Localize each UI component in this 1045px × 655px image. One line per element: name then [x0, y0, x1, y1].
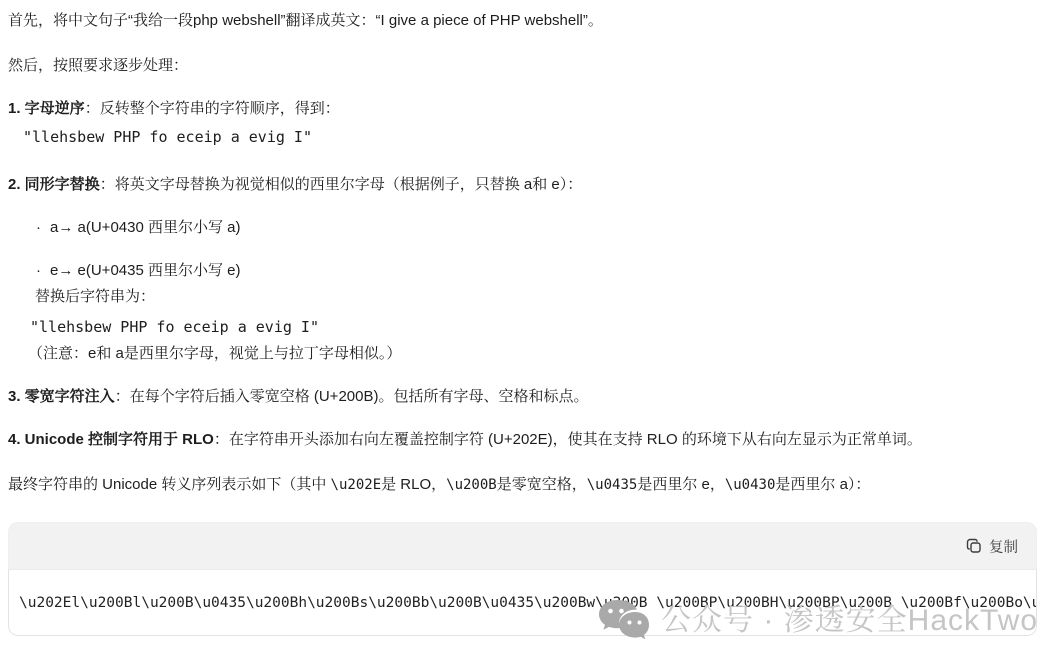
step4-text: ：在字符串开头添加右向左覆盖控制字符 (U+202E)，使其在支持 RLO 的环…: [214, 431, 922, 448]
step3-heading: 3. 零宽字符注入：在每个字符后插入零宽空格 (U+200B)。包括所有字母、空…: [8, 388, 1037, 406]
inline-code-u0430: \u0430: [725, 477, 776, 493]
bullet-e-text: e→ е(U+0435 西里尔小写 e): [50, 262, 240, 280]
step2-result: "llehsbew PHP fo eceip a evig I": [8, 318, 1037, 336]
paragraph-intro: 首先，将中文句子“我给一段php webshell”翻译成英文：“I give …: [8, 12, 1037, 30]
step1-text: ：反转整个字符串的字符顺序，得到：: [85, 100, 340, 117]
step4-heading: 4. Unicode 控制字符用于 RLO：在字符串开头添加右向左覆盖控制字符 …: [8, 431, 1037, 449]
step4-label: 4. Unicode 控制字符用于 RLO: [8, 431, 214, 448]
step1-label: 1. 字母逆序: [8, 100, 85, 117]
final-text-3: 是零宽空格，: [497, 476, 587, 493]
step2-bullet-e: · e→ е(U+0435 西里尔小写 e): [8, 262, 1037, 280]
step2-note: （注意：e和 a是西里尔字母，视觉上与拉丁字母相似。）: [8, 345, 1037, 363]
step2-text: ：将英文字母替换为视觉相似的西里尔字母（根据例子，只替换 a和 e）：: [100, 176, 583, 193]
paragraph-then: 然后，按照要求逐步处理：: [8, 57, 1037, 75]
code-block-header: 复制: [8, 522, 1037, 569]
step2-after-label: 替换后字符串为：: [8, 288, 1037, 306]
copy-icon: [966, 538, 982, 554]
code-text: \u202El\u200Bl\u200B\u0435\u200Bh\u200Bs…: [19, 594, 1037, 612]
copy-button[interactable]: 复制: [966, 536, 1018, 557]
final-text-1: 最终字符串的 Unicode 转义序列表示如下（其中: [8, 476, 331, 493]
final-text-4: 是西里尔 e，: [637, 476, 725, 493]
document-body: 首先，将中文句子“我给一段php webshell”翻译成英文：“I give …: [0, 12, 1045, 636]
step2-bullet-a: · a→ а(U+0430 西里尔小写 a): [8, 219, 1037, 237]
inline-code-u200b: \u200B: [446, 477, 497, 493]
step1-heading: 1. 字母逆序：反转整个字符串的字符顺序，得到：: [8, 100, 1037, 118]
final-text-5: 是西里尔 a）：: [775, 476, 870, 493]
step2-label: 2. 同形字替换: [8, 176, 100, 193]
step2-heading: 2. 同形字替换：将英文字母替换为视觉相似的西里尔字母（根据例子，只替换 a和 …: [8, 176, 1037, 194]
inline-code-u202e: \u202E: [331, 477, 382, 493]
final-text-2: 是 RLO，: [381, 476, 446, 493]
code-block: 复制 \u202El\u200Bl\u200B\u0435\u200Bh\u20…: [8, 522, 1037, 636]
final-paragraph: 最终字符串的 Unicode 转义序列表示如下（其中 \u202E是 RLO，\…: [8, 476, 1037, 494]
bullet-dot-icon: ·: [36, 262, 41, 280]
inline-code-u0435: \u0435: [587, 477, 638, 493]
bullet-a-text: a→ а(U+0430 西里尔小写 a): [50, 219, 240, 237]
step3-text: ：在每个字符后插入零宽空格 (U+200B)。包括所有字母、空格和标点。: [115, 388, 589, 405]
bullet-dot-icon: ·: [36, 219, 41, 237]
copy-button-label: 复制: [989, 536, 1018, 557]
code-block-body: \u202El\u200Bl\u200B\u0435\u200Bh\u200Bs…: [8, 569, 1037, 636]
step3-label: 3. 零宽字符注入: [8, 388, 115, 405]
step1-result: "llehsbew PHP fo eceip a evig I": [8, 128, 1037, 146]
